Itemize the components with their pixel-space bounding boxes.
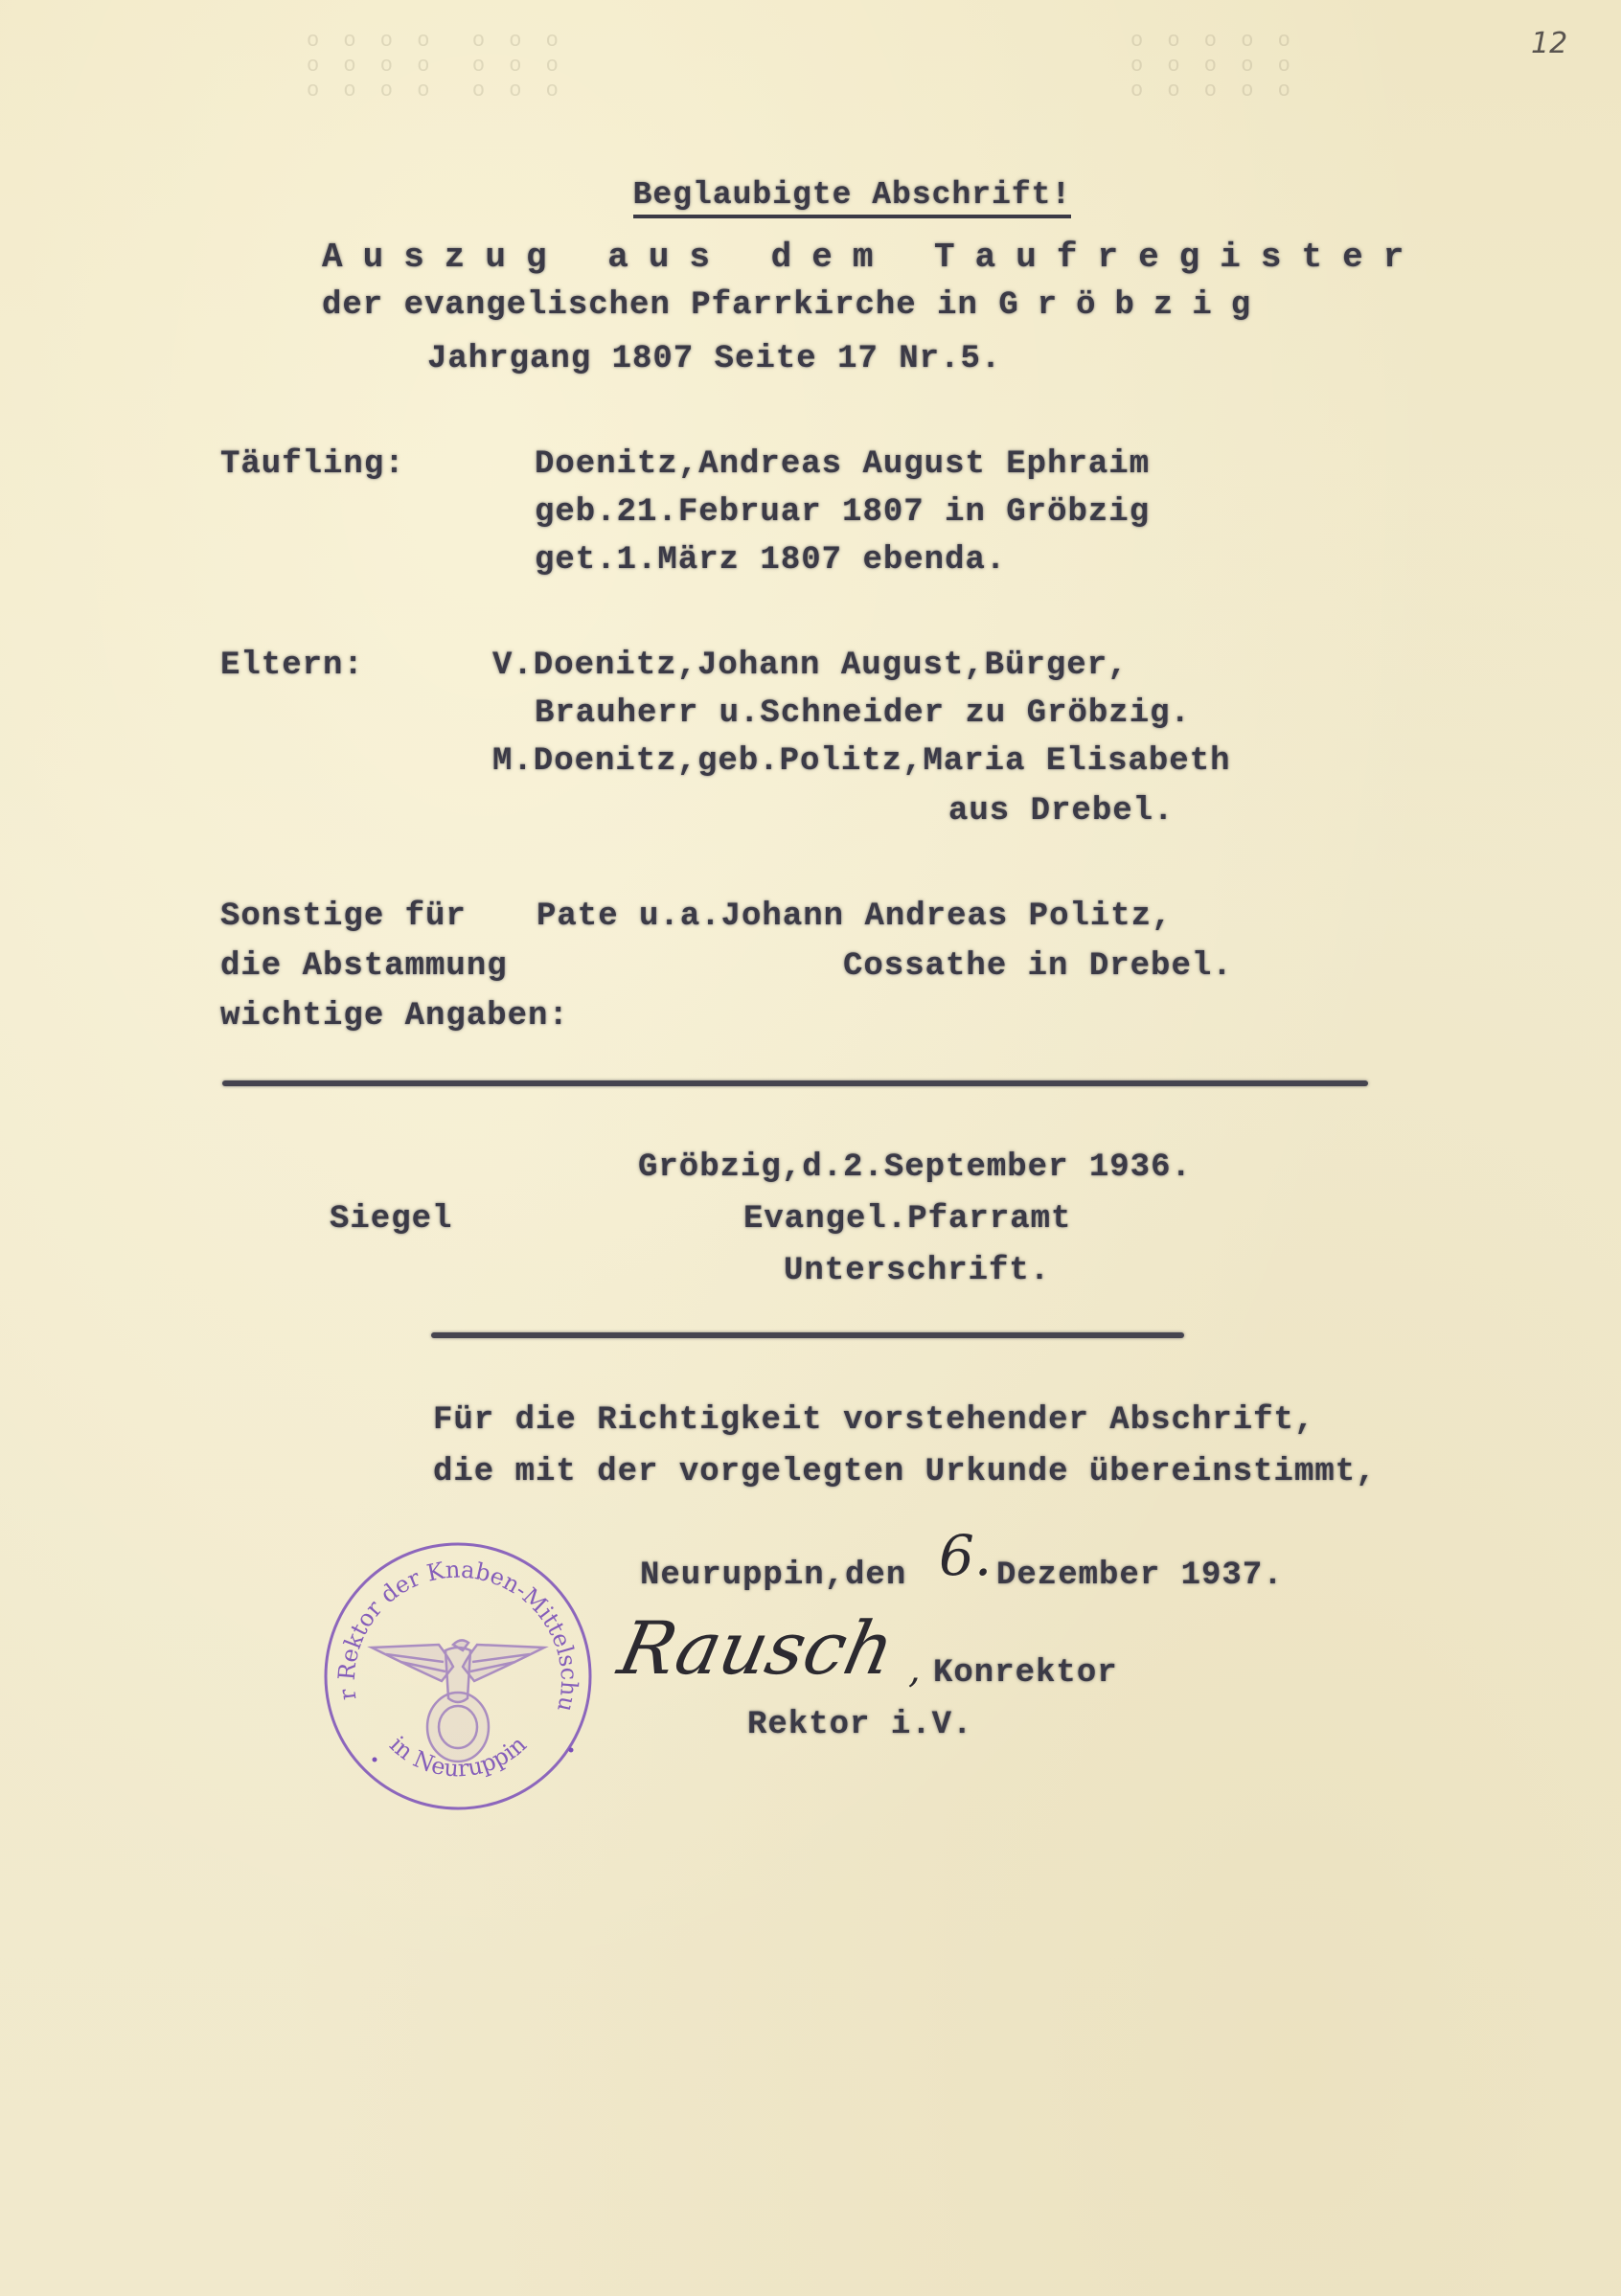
header-line-1: Auszug aus dem Taufregister bbox=[322, 238, 1424, 277]
parents-mother-origin: aus Drebel. bbox=[948, 793, 1174, 830]
other-godparent: Pate u.a.Johann Andreas Politz, bbox=[537, 898, 1173, 935]
parents-father: V.Doenitz,Johann August,Bürger, bbox=[492, 648, 1129, 684]
parents-label: Eltern: bbox=[220, 648, 364, 684]
handwritten-day: 6. bbox=[939, 1523, 992, 1588]
header-line-3: Jahrgang 1807 Seite 17 Nr.5. bbox=[427, 341, 1001, 377]
official-stamp: Der Rektor der Knaben-Mittelschule in Ne… bbox=[319, 1537, 597, 1815]
divider-rule bbox=[222, 1080, 1368, 1086]
document-title: Beglaubigte Abschrift! bbox=[593, 142, 1071, 213]
header-line-2-prefix: der evangelischen Pfarrkirche in bbox=[322, 287, 998, 324]
page-number: 12 bbox=[1531, 27, 1567, 60]
certification-line-2: die mit der vorgelegten Urkunde übereins… bbox=[433, 1454, 1377, 1490]
bleed-through-marks: o o o o o o o o o o o o o o o bbox=[1130, 29, 1296, 103]
header-place: Gröbzig bbox=[998, 287, 1269, 324]
other-godparent-detail: Cossathe in Drebel. bbox=[843, 948, 1233, 985]
issuance-office: Evangel.Pfarramt bbox=[743, 1201, 1071, 1238]
seal-label: Siegel bbox=[330, 1201, 452, 1238]
certification-subtitle: Rektor i.V. bbox=[747, 1707, 972, 1743]
parents-father-occupation: Brauherr u.Schneider zu Gröbzig. bbox=[535, 695, 1191, 732]
baptized-baptism: get.1.März 1807 ebenda. bbox=[535, 542, 1006, 579]
other-label-line-1: Sonstige für bbox=[220, 898, 467, 935]
bleed-through-marks: o o o o o o o o o o o o o o o o o o o o … bbox=[307, 29, 564, 103]
certification-date: Dezember 1937. bbox=[996, 1557, 1284, 1594]
certification-title: Konrektor bbox=[933, 1655, 1118, 1692]
handwritten-signature: Rausch bbox=[612, 1605, 902, 1691]
issuance-place-date: Gröbzig,d.2.September 1936. bbox=[638, 1149, 1192, 1186]
divider-rule bbox=[431, 1332, 1184, 1338]
header-line-2: der evangelischen Pfarrkirche in Gröbzig bbox=[322, 287, 1269, 324]
baptized-birth: geb.21.Februar 1807 in Gröbzig bbox=[535, 494, 1150, 531]
parents-mother: M.Doenitz,geb.Politz,Maria Elisabeth bbox=[492, 743, 1231, 780]
document-title-text: Beglaubigte Abschrift! bbox=[633, 177, 1072, 218]
other-label-line-2: die Abstammung bbox=[220, 948, 508, 985]
signature-comma: , bbox=[908, 1648, 921, 1692]
certification-line-1: Für die Richtigkeit vorstehender Abschri… bbox=[433, 1402, 1314, 1439]
other-label-line-3: wichtige Angaben: bbox=[220, 998, 569, 1034]
baptized-name: Doenitz,Andreas August Ephraim bbox=[535, 446, 1150, 483]
certification-place: Neuruppin,den bbox=[640, 1557, 906, 1594]
baptized-label: Täufling: bbox=[220, 446, 405, 483]
issuance-signature-label: Unterschrift. bbox=[784, 1253, 1050, 1289]
